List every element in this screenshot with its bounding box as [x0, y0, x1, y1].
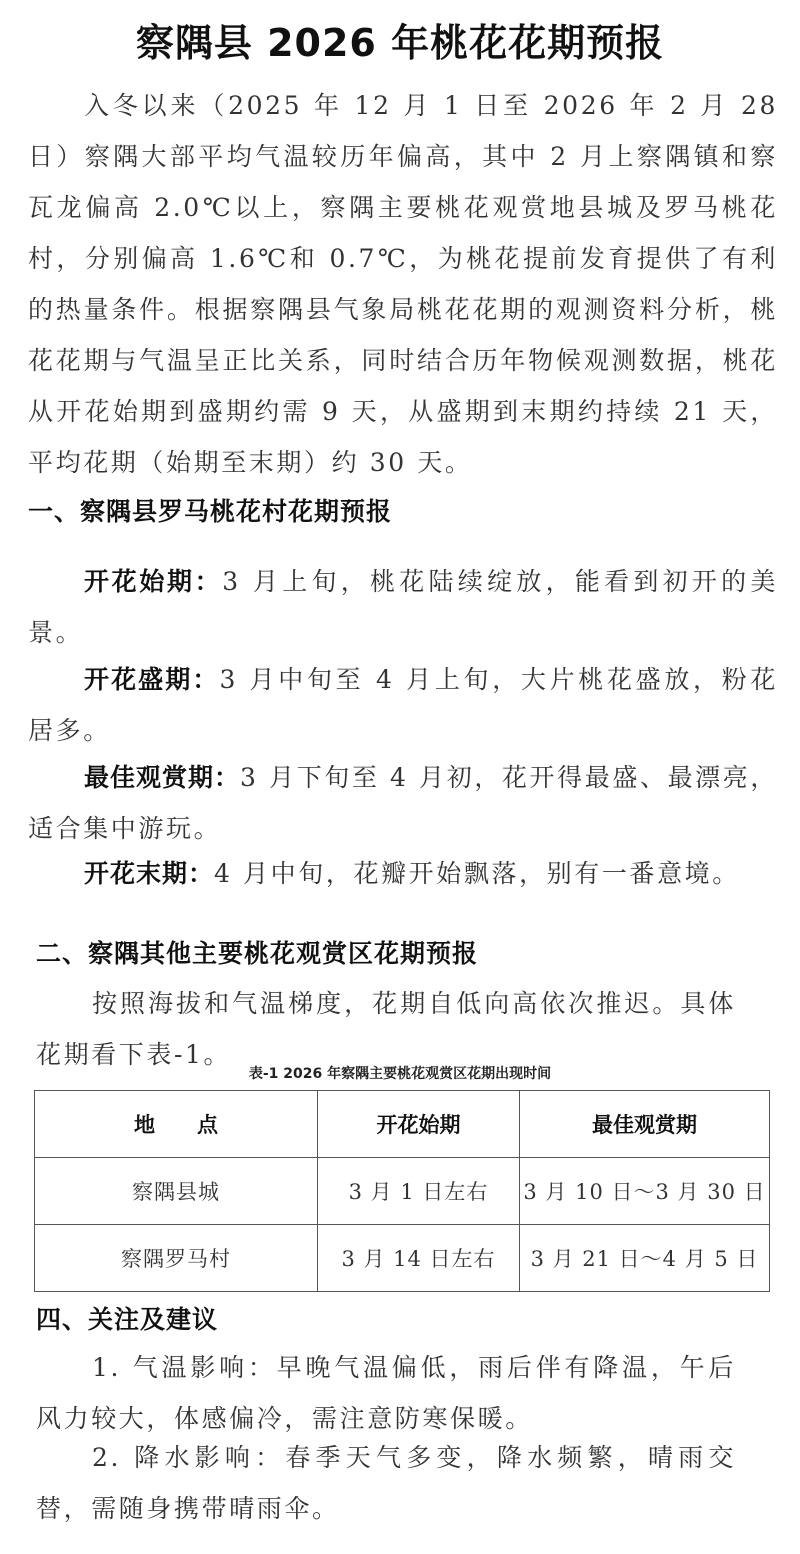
- item-label: 开花末期：: [84, 859, 214, 888]
- document-title: 察隅县 2026 年桃花花期预报: [0, 12, 800, 67]
- advice-item-precipitation: 2. 降水影响：春季天气多变，降水频繁，晴雨交替，需随身携带晴雨伞。: [36, 1432, 736, 1534]
- forecast-item-end: 开花末期：4 月中旬，花瓣开始飘落，别有一番意境。: [28, 848, 778, 899]
- section4-heading: 四、关注及建议: [36, 1300, 218, 1336]
- section2-heading: 二、察隅其他主要桃花观赏区花期预报: [36, 934, 478, 970]
- table-header-row: 地 点 开花始期 最佳观赏期: [35, 1091, 770, 1158]
- item-label: 最佳观赏期：: [84, 763, 240, 792]
- bloom-table: 地 点 开花始期 最佳观赏期 察隅县城 3 月 1 日左右 3 月 10 日～3…: [34, 1090, 770, 1292]
- item-text: 4 月中旬，花瓣开始飘落，别有一番意境。: [214, 859, 740, 888]
- forecast-item-peak: 开花盛期：3 月中旬至 4 月上旬，大片桃花盛放，粉花居多。: [28, 654, 778, 756]
- table-row: 察隅县城 3 月 1 日左右 3 月 10 日～3 月 30 日: [35, 1158, 770, 1225]
- item-label: 开花始期：: [84, 567, 222, 596]
- intro-paragraph: 入冬以来（2025 年 12 月 1 日至 2026 年 2 月 28 日）察隅…: [28, 80, 778, 488]
- header-start: 开花始期: [318, 1091, 520, 1158]
- forecast-item-best: 最佳观赏期：3 月下旬至 4 月初，花开得最盛、最漂亮，适合集中游玩。: [28, 752, 778, 854]
- header-location: 地 点: [35, 1091, 318, 1158]
- table-row: 察隅罗马村 3 月 14 日左右 3 月 21 日～4 月 5 日: [35, 1225, 770, 1292]
- cell-best: 3 月 10 日～3 月 30 日: [520, 1158, 770, 1225]
- advice-item-temperature: 1. 气温影响：早晚气温偏低，雨后伴有降温，午后风力较大，体感偏冷，需注意防寒保…: [36, 1342, 736, 1444]
- cell-start: 3 月 14 日左右: [318, 1225, 520, 1292]
- item-label: 开花盛期：: [84, 665, 219, 694]
- table-caption: 表-1 2026 年察隅主要桃花观赏区花期出现时间: [0, 1063, 800, 1083]
- header-best: 最佳观赏期: [520, 1091, 770, 1158]
- section1-heading: 一、察隅县罗马桃花村花期预报: [28, 492, 392, 528]
- forecast-item-start: 开花始期：3 月上旬，桃花陆续绽放，能看到初开的美景。: [28, 556, 778, 658]
- cell-location: 察隅罗马村: [35, 1225, 318, 1292]
- cell-start: 3 月 1 日左右: [318, 1158, 520, 1225]
- cell-location: 察隅县城: [35, 1158, 318, 1225]
- cell-best: 3 月 21 日～4 月 5 日: [520, 1225, 770, 1292]
